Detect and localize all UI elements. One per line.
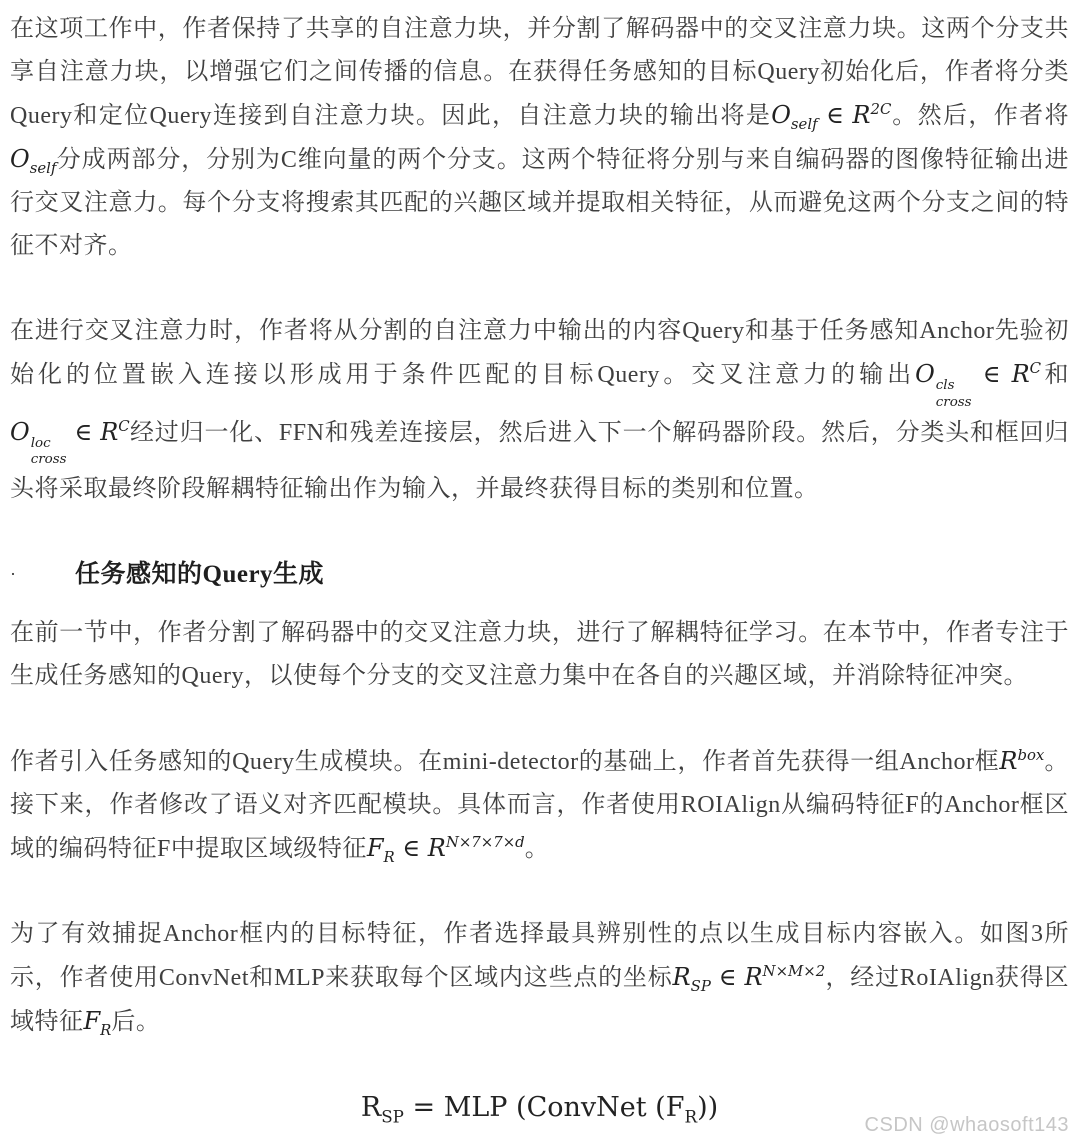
math-atom: )) bbox=[697, 1092, 718, 1123]
math-atom: Oself bbox=[10, 145, 56, 173]
math-base: O bbox=[915, 360, 935, 388]
math-base: O bbox=[10, 145, 30, 173]
inline-math: Oclscross ∈ RC bbox=[915, 360, 1041, 388]
math-atom: Rbox bbox=[999, 747, 1044, 775]
math-base: ∈ bbox=[818, 101, 853, 129]
text-run: 在进行交叉注意力时，作者将从分割的自注意力中输出的内容Query和基于任务感知A… bbox=[10, 318, 1069, 388]
math-atom: ∈ bbox=[67, 418, 101, 446]
text-run: 。 bbox=[525, 836, 550, 862]
math-superscript: box bbox=[1017, 746, 1044, 764]
math-base: R bbox=[852, 101, 870, 129]
inline-math: Oself ∈ R2C bbox=[771, 101, 891, 129]
math-subscript: R bbox=[384, 848, 395, 866]
text-run: 和 bbox=[1041, 362, 1069, 388]
math-supsub-stack: clscross bbox=[936, 378, 972, 410]
math-atom: ConvNet ( bbox=[527, 1092, 666, 1123]
math-atom: RN×M×2 bbox=[744, 963, 825, 991]
math-atom: ∈ bbox=[395, 834, 428, 862]
math-atom: RC bbox=[100, 418, 129, 446]
math-base: R bbox=[999, 747, 1017, 775]
inline-math: Oself bbox=[10, 145, 56, 173]
inline-math: RSP = MLP (ConvNet (FR)) bbox=[361, 1092, 718, 1123]
inline-math: FR ∈ RN×7×7×d bbox=[367, 834, 525, 862]
math-subscript: SP bbox=[691, 977, 711, 995]
math-subscript: self bbox=[30, 159, 57, 177]
math-atom: Oself bbox=[771, 101, 817, 129]
math-base: F bbox=[367, 834, 384, 862]
math-superscript: N×7×7×d bbox=[446, 833, 525, 851]
math-base: ∈ bbox=[395, 834, 428, 862]
math-atom: = MLP ( bbox=[404, 1092, 527, 1123]
math-subscript: R bbox=[100, 1021, 111, 1039]
text-run: 作者引入任务感知的Query生成模块。在mini-detector的基础上，作者… bbox=[10, 749, 999, 775]
math-subscript: cross bbox=[31, 452, 67, 468]
math-base: O bbox=[10, 418, 30, 446]
inline-math: Rbox bbox=[999, 747, 1044, 775]
math-atom: ∈ bbox=[972, 360, 1012, 388]
csdn-watermark: CSDN @whaosoft143 bbox=[865, 1104, 1069, 1139]
math-base: = MLP ( bbox=[404, 1092, 527, 1123]
math-base: ConvNet ( bbox=[527, 1092, 666, 1123]
math-superscript: C bbox=[118, 417, 129, 435]
math-base: ∈ bbox=[972, 360, 1012, 388]
math-superscript: C bbox=[1030, 359, 1041, 377]
math-subscript: cross bbox=[936, 395, 972, 411]
math-supsub-stack: loccross bbox=[31, 436, 67, 468]
paragraph: 为了有效捕捉Anchor框内的目标特征，作者选择最具辨别性的点以生成目标内容嵌入… bbox=[10, 913, 1069, 1044]
math-base: R bbox=[744, 963, 762, 991]
list-bullet-icon: · bbox=[10, 553, 20, 596]
math-base: ∈ bbox=[67, 418, 101, 446]
math-atom: RSP bbox=[673, 963, 711, 991]
text-run: 经过归一化、FFN和残差连接层，然后进入下一个解码器阶段。然后，分类头和框回归头… bbox=[10, 420, 1069, 503]
math-atom: FR bbox=[84, 1007, 112, 1035]
math-superscript: 2C bbox=[870, 100, 891, 118]
math-base: ∈ bbox=[711, 963, 745, 991]
math-superscript: cls bbox=[936, 378, 955, 394]
math-base: F bbox=[84, 1007, 101, 1035]
math-superscript: N×M×2 bbox=[763, 962, 826, 980]
paragraph: 在进行交叉注意力时，作者将从分割的自注意力中输出的内容Query和基于任务感知A… bbox=[10, 310, 1069, 511]
text-run: 在前一节中，作者分割了解码器中的交叉注意力块，进行了解耦特征学习。在本节中，作者… bbox=[10, 620, 1069, 689]
math-atom: ∈ bbox=[818, 101, 853, 129]
paragraph: 在前一节中，作者分割了解码器中的交叉注意力块，进行了解耦特征学习。在本节中，作者… bbox=[10, 612, 1069, 698]
math-base: O bbox=[771, 101, 791, 129]
math-atom: R2C bbox=[852, 101, 891, 129]
math-base: R bbox=[361, 1092, 381, 1123]
math-atom: FR bbox=[666, 1092, 697, 1123]
math-base: R bbox=[100, 418, 118, 446]
article-body: 在这项工作中，作者保持了共享的自注意力块，并分割了解码器中的交叉注意力块。这两个… bbox=[10, 8, 1069, 1129]
article: 在这项工作中，作者保持了共享的自注意力块，并分割了解码器中的交叉注意力块。这两个… bbox=[0, 0, 1079, 1139]
math-atom: FR bbox=[367, 834, 395, 862]
section-heading-text: 任务感知的Query生成 bbox=[75, 553, 324, 596]
math-base: R bbox=[673, 963, 691, 991]
math-atom: RSP bbox=[361, 1092, 404, 1123]
text-run: 后。 bbox=[111, 1009, 160, 1035]
inline-math: FR bbox=[84, 1007, 112, 1035]
math-base: R bbox=[1012, 360, 1030, 388]
math-base: )) bbox=[697, 1092, 718, 1123]
math-atom: Oloccross bbox=[10, 418, 67, 446]
math-atom: RN×7×7×d bbox=[428, 834, 525, 862]
inline-math: RSP ∈ RN×M×2 bbox=[673, 963, 826, 991]
paragraph: 在这项工作中，作者保持了共享的自注意力块，并分割了解码器中的交叉注意力块。这两个… bbox=[10, 8, 1069, 268]
paragraph: 作者引入任务感知的Query生成模块。在mini-detector的基础上，作者… bbox=[10, 740, 1069, 871]
text-run: 分成两部分，分别为C维向量的两个分支。这两个特征将分别与来自编码器的图像特征输出… bbox=[10, 147, 1069, 259]
inline-math: Oloccross ∈ RC bbox=[10, 418, 130, 446]
section-heading: ·任务感知的Query生成 bbox=[10, 553, 1069, 596]
math-atom: Oclscross bbox=[915, 360, 972, 388]
math-base: R bbox=[428, 834, 446, 862]
math-atom: RC bbox=[1012, 360, 1041, 388]
math-subscript: self bbox=[791, 115, 818, 133]
math-subscript: R bbox=[684, 1107, 697, 1127]
math-superscript: loc bbox=[31, 436, 51, 452]
math-base: F bbox=[666, 1092, 685, 1123]
math-subscript: SP bbox=[381, 1107, 404, 1127]
text-run: 。然后，作者将 bbox=[891, 103, 1069, 129]
math-atom: ∈ bbox=[711, 963, 745, 991]
